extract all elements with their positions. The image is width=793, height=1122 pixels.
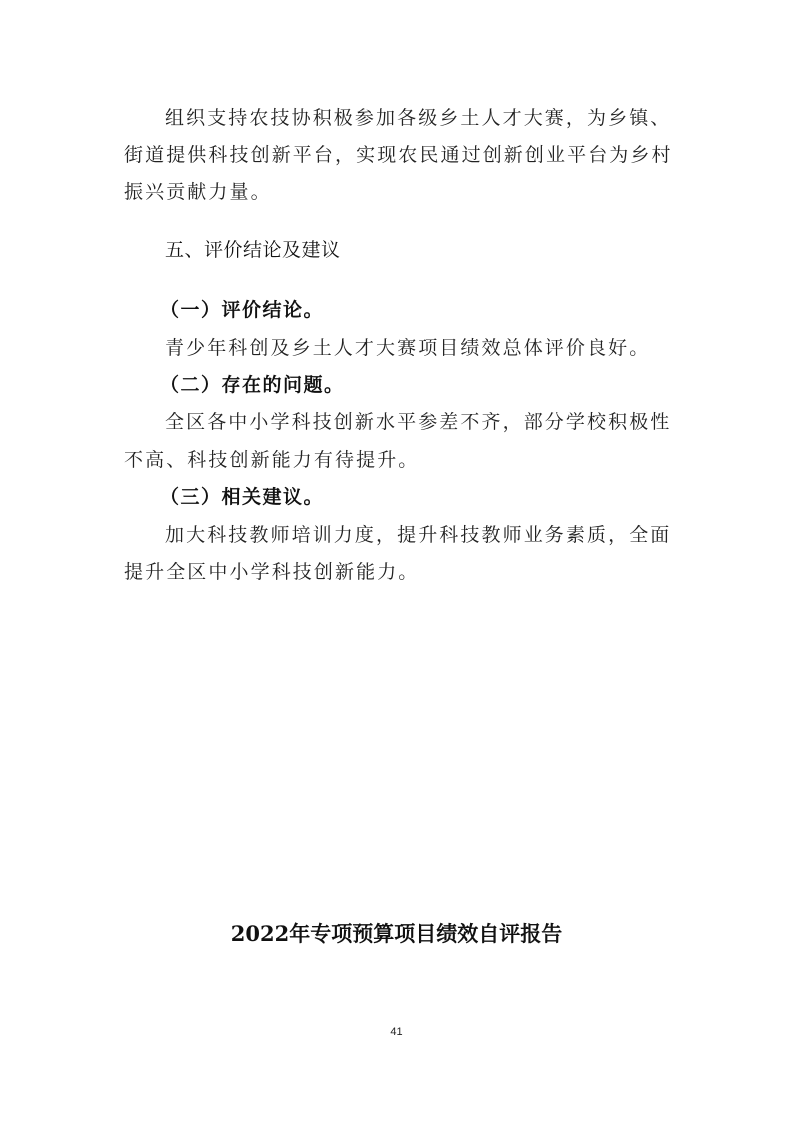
paragraph-line: 提升全区中小学科技创新能力。 (124, 560, 419, 584)
paragraph-line: 组织支持农技协积极参加各级乡土人才大赛，为乡镇、 (165, 106, 671, 130)
document-page: 组织支持农技协积极参加各级乡土人才大赛，为乡镇、 街道提供科技创新平台，实现农民… (0, 0, 793, 1122)
section-heading: 五、评价结论及建议 (165, 238, 341, 262)
report-title-footer: 2022年专项预算项目绩效自评报告 (0, 920, 793, 948)
paragraph-line: 街道提供科技创新平台，实现农民通过创新创业平台为乡村 (124, 143, 673, 167)
paragraph-line: 不高、科技创新能力有待提升。 (124, 448, 419, 472)
paragraph-line: 振兴贡献力量。 (124, 180, 272, 204)
subsection-heading-suggestions: （三）相关建议。 (160, 485, 324, 509)
paragraph-line: 加大科技教师培训力度，提升科技教师业务素质，全面 (165, 523, 671, 547)
paragraph-line: 全区各中小学科技创新水平参差不齐，部分学校积极性 (165, 410, 671, 434)
page-number: 41 (0, 1026, 793, 1038)
subsection-heading-conclusion: （一）评价结论。 (160, 298, 324, 322)
subsection-heading-problems: （二）存在的问题。 (160, 373, 345, 397)
paragraph-line: 青少年科创及乡土人才大赛项目绩效总体评价良好。 (165, 336, 650, 360)
